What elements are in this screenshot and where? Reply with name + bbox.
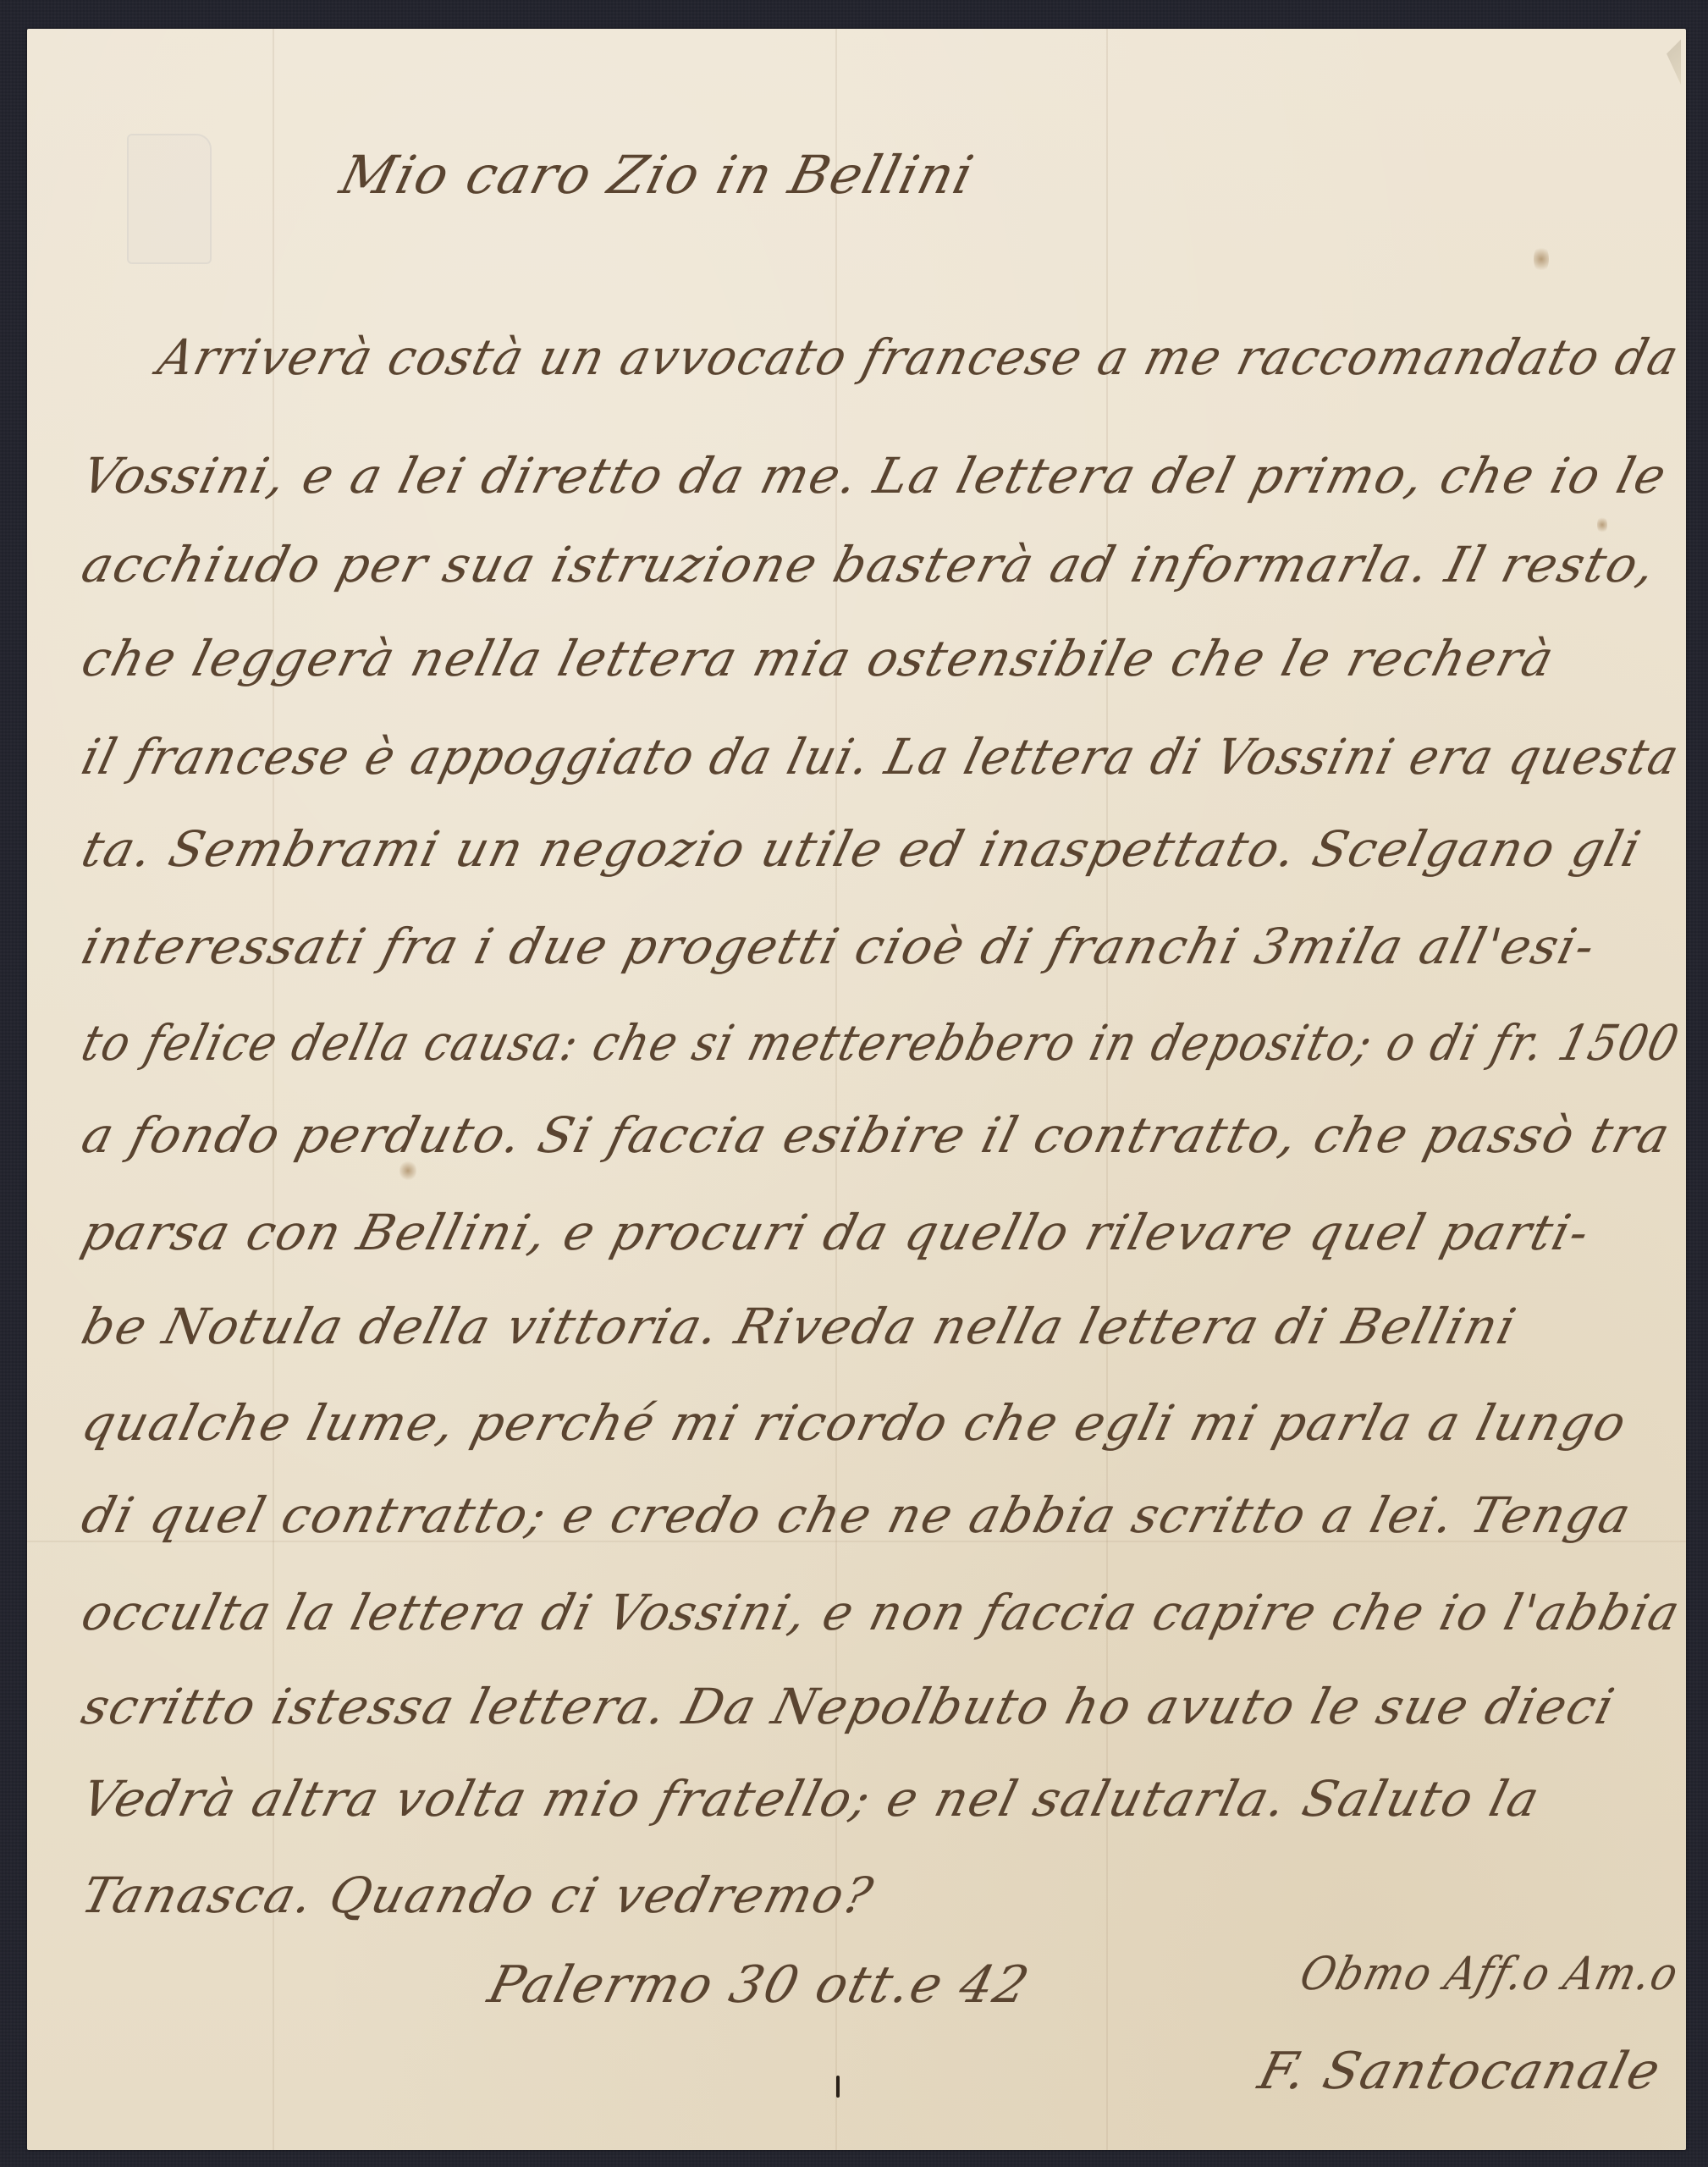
folded-corner: [1650, 32, 1681, 85]
body-line-14: occulta la lettera di Vossini, e non fac…: [76, 1584, 1687, 1641]
body-line-15: scritto istessa lettera. Da Nepolbuto ho…: [76, 1678, 1622, 1735]
signature: F. Santocanale: [1253, 2042, 1667, 2101]
body-line-2: Vossini, e a lei diretto da me. La lette…: [76, 447, 1673, 505]
body-line-5: il francese è appoggiato da lui. La lett…: [76, 728, 1686, 786]
body-line-16: Vedrà altra volta mio fratello; e nel sa…: [76, 1770, 1546, 1828]
embossed-stamp-mark: [127, 134, 212, 264]
body-line-4: che leggerà nella lettera mia ostensibil…: [76, 630, 1561, 687]
place-and-date: Palermo 30 ott.e 42: [482, 1955, 1036, 2015]
body-line-8: to felice della causa: che si metterebbe…: [76, 1014, 1686, 1072]
ink-mark: [836, 2076, 840, 2098]
body-line-3: acchiudo per sua istruzione basterà ad i…: [76, 536, 1663, 593]
salutation: Mio caro Zio in Bellini: [334, 144, 981, 206]
body-line-10: parsa con Bellini, e procuri da quello r…: [76, 1204, 1596, 1261]
body-line-17: Tanasca. Quando ci vedremo?: [76, 1866, 879, 1924]
body-line-9: a fondo perduto. Si faccia esibire il co…: [76, 1106, 1677, 1164]
body-line-12: qualche lume, perché mi ricordo che egli…: [76, 1394, 1634, 1452]
ink-stain: [1534, 245, 1549, 273]
ink-stain: [1597, 516, 1607, 534]
body-line-6: ta. Sembrami un negozio utile ed inaspet…: [76, 820, 1648, 878]
body-line-13: di quel contratto; e credo che ne abbia …: [76, 1486, 1638, 1544]
body-line-11: be Notula della vittoria. Riveda nella l…: [76, 1298, 1523, 1355]
body-line-1: Arriverà costà un avvocato francese a me…: [152, 328, 1685, 386]
closing-formula: Obmo Aff.o Am.o: [1295, 1947, 1684, 2000]
body-line-7: interessati fra i due progetti cioè di f…: [76, 918, 1602, 975]
